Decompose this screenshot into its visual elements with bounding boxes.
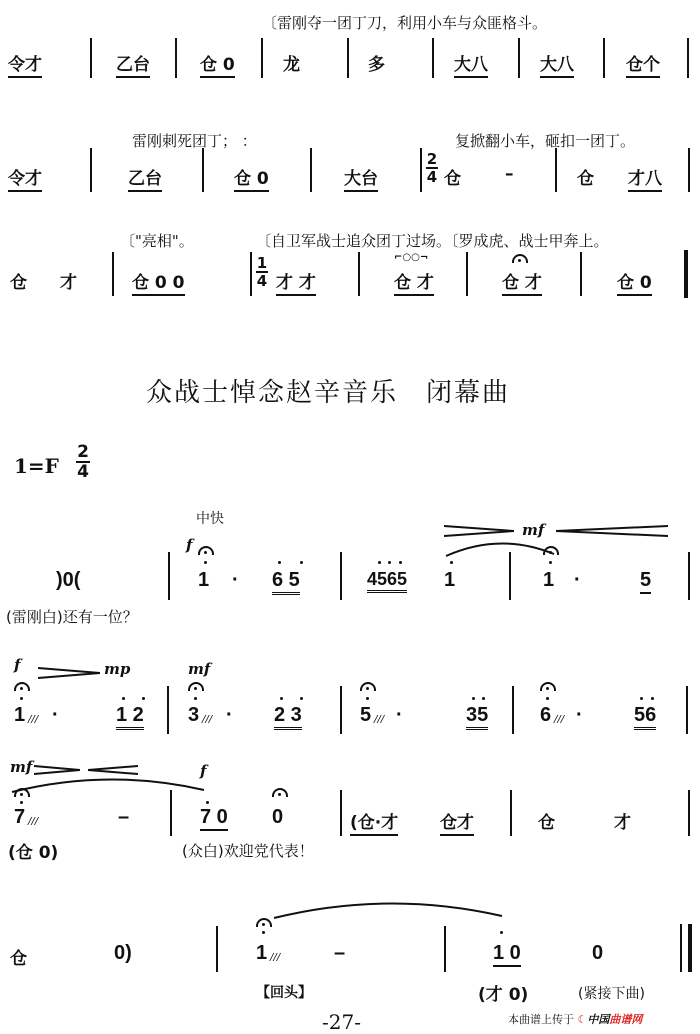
barline bbox=[202, 148, 204, 192]
watermark: 本曲谱上传于 ☾中国曲谱网 bbox=[508, 1011, 642, 1027]
barline bbox=[509, 552, 511, 600]
tremolo-mark: /// bbox=[270, 952, 280, 963]
beat: 龙 bbox=[283, 50, 300, 75]
tremolo-mark: /// bbox=[28, 816, 38, 827]
octave-dot bbox=[278, 561, 281, 564]
barline bbox=[340, 552, 342, 600]
stage-direction: 复掀翻小车，砸扣一团丁。 bbox=[455, 130, 635, 151]
octave-dot bbox=[500, 931, 503, 934]
slur bbox=[444, 538, 556, 558]
dynamic-mark: mf bbox=[522, 521, 544, 539]
barline bbox=[555, 148, 557, 192]
octave-dot bbox=[122, 697, 125, 700]
slur bbox=[10, 776, 206, 794]
beat: 仓个 bbox=[626, 50, 660, 78]
octave-dot bbox=[194, 697, 197, 700]
time-signature: 24 bbox=[76, 444, 90, 480]
note-group: 1 0 bbox=[493, 942, 521, 967]
fermata-icon bbox=[188, 682, 204, 691]
note-group: 35 bbox=[466, 704, 488, 730]
site-logo-icon: ☾ bbox=[578, 1013, 588, 1026]
beat: 仓 bbox=[538, 808, 555, 833]
beat: 乙台 bbox=[116, 50, 150, 78]
octave-dot bbox=[472, 697, 475, 700]
final-barline bbox=[688, 924, 692, 972]
octave-dot bbox=[546, 697, 549, 700]
key-signature: 1=F bbox=[14, 454, 59, 478]
beat: (仓·才 bbox=[350, 808, 398, 836]
note-dash: – bbox=[334, 942, 345, 965]
note: 1 bbox=[14, 704, 25, 727]
note: 3 bbox=[188, 704, 199, 727]
beat: 仓 才 bbox=[394, 268, 434, 296]
fermata-icon bbox=[14, 788, 30, 797]
note-group: 2 3 bbox=[274, 704, 302, 730]
fermata-icon bbox=[14, 682, 30, 691]
note-dot: · bbox=[52, 704, 59, 727]
stage-direction: 〔"亮相"。 bbox=[120, 230, 194, 251]
barline bbox=[216, 926, 218, 972]
site-name-black: 中国 bbox=[587, 1013, 609, 1026]
spoken-line: (众白)欢迎党代表！ bbox=[182, 840, 314, 861]
octave-dot bbox=[262, 931, 265, 934]
barline bbox=[444, 926, 446, 972]
note-dot: · bbox=[574, 569, 581, 592]
beat: 大台 bbox=[344, 164, 378, 192]
tremolo-mark: /// bbox=[374, 714, 384, 725]
beat: 仓 0 bbox=[200, 50, 235, 78]
beat: 令才 bbox=[8, 164, 42, 192]
note-dot: · bbox=[226, 704, 233, 727]
barline bbox=[168, 552, 170, 600]
fermata-icon bbox=[540, 682, 556, 691]
beat: 才 bbox=[60, 268, 77, 293]
tempo-marking: 中快 bbox=[196, 508, 224, 528]
barline bbox=[686, 686, 688, 734]
barline bbox=[170, 790, 172, 836]
beat: 仓 0 0 bbox=[132, 268, 185, 296]
barline bbox=[420, 148, 422, 192]
barline bbox=[510, 790, 512, 836]
stage-direction: 雷刚刺死团丁； ： bbox=[132, 130, 257, 151]
barline bbox=[340, 686, 342, 734]
note-rest: 0 bbox=[272, 806, 283, 829]
beat: 多 bbox=[368, 50, 385, 75]
barline bbox=[466, 252, 468, 296]
intro-rest: )0( bbox=[56, 569, 80, 592]
octave-dot bbox=[388, 561, 391, 564]
barline bbox=[580, 252, 582, 296]
note-rest: 0) bbox=[114, 942, 132, 965]
note: 5 bbox=[360, 704, 371, 727]
decrescendo-hairpin bbox=[444, 524, 514, 538]
fermata-icon bbox=[256, 918, 272, 927]
beat: 仓 bbox=[10, 944, 27, 969]
note: 7 bbox=[14, 806, 25, 829]
note-rest: 0 bbox=[592, 942, 603, 965]
beat: 仓才 bbox=[440, 808, 474, 836]
barline bbox=[603, 38, 605, 78]
octave-dot bbox=[482, 697, 485, 700]
note-group: 6 5 bbox=[272, 569, 300, 595]
barline bbox=[250, 252, 252, 296]
barline bbox=[688, 790, 690, 836]
dynamic-mark: f bbox=[186, 536, 192, 554]
note-dot: · bbox=[232, 569, 239, 592]
octave-dot bbox=[280, 697, 283, 700]
barline bbox=[112, 252, 114, 296]
piece-title: 众战士悼念赵辛音乐 闭幕曲 bbox=[146, 372, 510, 409]
fermata-icon bbox=[512, 254, 528, 263]
barline bbox=[518, 38, 520, 78]
triplet-mark: ⌐○○¬ bbox=[394, 252, 428, 263]
beat: 仓 0 bbox=[234, 164, 269, 192]
note: 1 bbox=[543, 569, 554, 592]
beat: 仓 bbox=[10, 268, 27, 293]
barline bbox=[175, 38, 177, 78]
octave-dot bbox=[206, 801, 209, 804]
decrescendo-hairpin bbox=[38, 666, 100, 680]
percussion-cue: (才 0) bbox=[478, 980, 528, 1005]
beat: 大八 bbox=[454, 50, 488, 78]
beat: 仓 bbox=[577, 164, 594, 189]
octave-dot bbox=[366, 697, 369, 700]
barline bbox=[90, 148, 92, 192]
octave-dot bbox=[651, 697, 654, 700]
slur bbox=[272, 898, 504, 920]
barline bbox=[167, 686, 169, 734]
upload-text: 本曲谱上传于 bbox=[508, 1013, 574, 1026]
note: 1 bbox=[256, 942, 267, 965]
beat: 才八 bbox=[628, 164, 662, 192]
octave-dot bbox=[399, 561, 402, 564]
octave-dot bbox=[142, 697, 145, 700]
note: 1 bbox=[444, 569, 455, 592]
beat: 乙台 bbox=[128, 164, 162, 192]
note: 6 bbox=[540, 704, 551, 727]
barline bbox=[688, 552, 690, 600]
note-dot: · bbox=[396, 704, 403, 727]
barline bbox=[261, 38, 263, 78]
dynamic-mark: mp bbox=[104, 660, 130, 678]
crescendo-hairpin bbox=[88, 764, 138, 776]
beat: 令才 bbox=[8, 50, 42, 78]
note: 1 bbox=[198, 569, 209, 592]
octave-dot bbox=[20, 801, 23, 804]
note-group: 56 bbox=[634, 704, 656, 730]
beat: 才 bbox=[614, 808, 631, 833]
tremolo-mark: /// bbox=[28, 714, 38, 725]
barline bbox=[687, 38, 689, 78]
octave-dot bbox=[640, 697, 643, 700]
note-dot: · bbox=[576, 704, 583, 727]
octave-dot bbox=[300, 697, 303, 700]
barline bbox=[432, 38, 434, 78]
octave-dot bbox=[20, 697, 23, 700]
barline bbox=[90, 38, 92, 78]
time-signature: 14 bbox=[256, 256, 268, 288]
barline bbox=[512, 686, 514, 734]
dynamic-mark: mf bbox=[10, 758, 32, 776]
barline bbox=[310, 148, 312, 192]
beat: 才 才 bbox=[276, 268, 316, 296]
segue-mark: (紧接下曲) bbox=[578, 983, 645, 1003]
note-group: 7 0 bbox=[200, 806, 228, 831]
tremolo-mark: /// bbox=[554, 714, 564, 725]
note-group: 4565 bbox=[367, 569, 407, 593]
fermata-icon bbox=[198, 546, 214, 555]
dynamic-mark: f bbox=[14, 656, 20, 674]
beat: 仓 bbox=[444, 164, 461, 189]
spoken-line: (雷刚白)还有一位？ bbox=[6, 606, 138, 627]
final-barline bbox=[680, 924, 682, 972]
octave-dot bbox=[204, 561, 207, 564]
stage-direction: 〔雷刚夺一团丁刀，利用小车与众匪格斗。 bbox=[262, 12, 547, 33]
barline bbox=[358, 252, 360, 296]
octave-dot bbox=[300, 561, 303, 564]
beat: 仓 才 bbox=[502, 268, 542, 296]
note: 5 bbox=[640, 569, 651, 594]
decrescendo-hairpin bbox=[34, 764, 80, 776]
fermata-icon bbox=[272, 788, 288, 797]
final-barline bbox=[684, 250, 688, 298]
fermata-icon bbox=[543, 546, 559, 555]
repeat-mark: 【回头】 bbox=[256, 982, 312, 1002]
barline bbox=[347, 38, 349, 78]
beat: – bbox=[505, 164, 514, 184]
octave-dot bbox=[450, 561, 453, 564]
beat: 仓 0 bbox=[617, 268, 652, 296]
barline bbox=[340, 790, 342, 836]
beat: 大八 bbox=[540, 50, 574, 78]
percussion-cue: (仓 0) bbox=[8, 838, 58, 863]
note-dash: – bbox=[118, 806, 129, 829]
fermata-icon bbox=[360, 682, 376, 691]
site-name-red: 曲谱网 bbox=[609, 1013, 642, 1026]
tremolo-mark: /// bbox=[202, 714, 212, 725]
time-signature: 24 bbox=[426, 152, 438, 184]
stage-direction: 〔自卫军战士追众团丁过场。〔罗成虎、战士甲奔上。 bbox=[256, 230, 609, 251]
dynamic-mark: mf bbox=[188, 660, 210, 678]
barline bbox=[688, 148, 690, 192]
page-number: -27- bbox=[322, 1010, 361, 1034]
crescendo-hairpin bbox=[556, 524, 668, 538]
octave-dot bbox=[549, 561, 552, 564]
note-group: 1 2 bbox=[116, 704, 144, 730]
octave-dot bbox=[378, 561, 381, 564]
